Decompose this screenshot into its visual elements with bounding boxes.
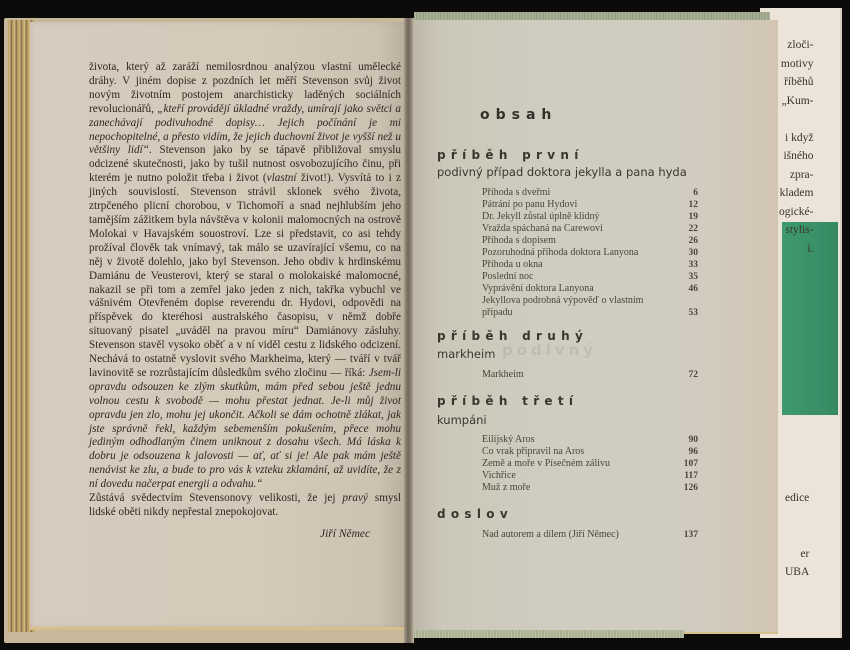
jacket-text-line: „Kum- [779,92,813,111]
open-book: zloči-motivyříběhů„Kum- i kdyžišnéhozpra… [0,0,850,650]
part-subtitle-3: kumpáni [437,413,487,427]
headband-top [414,12,770,20]
part-heading-2: příběh druhý [437,329,588,343]
show-through-text: podivný [502,341,597,359]
toc-list-part-1: Příhoda s dveřmi6 Pátrání po panu Hydovi… [482,187,698,319]
book-gutter [404,18,414,643]
part-subtitle-2: markheim [437,347,495,361]
toc-entry: Jekyllova podrobná výpověď o vlastním př… [482,295,698,319]
author-signature: Jiří Němec [320,528,370,540]
toc-entry: Nad autorem a dílem (Jiří Němec)137 [482,529,698,541]
toc-entry: Příhoda s dveřmi6 [482,187,698,199]
toc-entry: Pátrání po panu Hydovi12 [482,199,698,211]
right-page [414,20,778,634]
jacket-text-line: í. [779,240,813,259]
jacket-text-line: kladem [779,184,813,203]
part-subtitle-1: podivný případ doktora jekylla a pana hy… [437,165,687,179]
jacket-text-line: er [785,545,809,564]
jacket-text-line [785,526,809,545]
toc-entry: Vyprávění doktora Lanyona46 [482,283,698,295]
jacket-text-line [779,110,813,129]
jacket-text-top: zloči-motivyříběhů„Kum- i kdyžišnéhozpra… [779,36,813,258]
toc-entry: Země a moře v Písečném zálivu107 [482,458,698,470]
jacket-text-bottom: edice erUBA [785,489,809,582]
part-heading-4: doslov [437,507,513,521]
afterword-paragraph: Zůstává svědectvím Stevensonovy velikost… [89,492,401,520]
toc-entry: Muž z moře126 [482,482,698,494]
toc-entry: Co vrak připravil na Aros96 [482,446,698,458]
toc-entry: Poslední noc35 [482,271,698,283]
jacket-text-line: išného [779,147,813,166]
jacket-text-line: zpra- [779,166,813,185]
part-heading-3: příběh třetí [437,394,578,408]
jacket-text-line: říběhů [779,73,813,92]
contents-title: obsah [480,107,557,123]
jacket-text-line: ogické- [779,203,813,222]
toc-list-part-3: Eilijský Aros90 Co vrak připravil na Aro… [482,434,698,494]
jacket-text-line: zloči- [779,36,813,55]
jacket-text-line: motivy [779,55,813,74]
toc-list-part-4: Nad autorem a dílem (Jiří Němec)137 [482,529,698,541]
headband-bottom [414,630,684,638]
toc-list-part-2: Markheim72 [482,369,698,381]
jacket-text-line: stylis- [779,221,813,240]
toc-entry: Příhoda s dopisem26 [482,235,698,247]
toc-entry: Vražda spáchaná na Carewovi22 [482,223,698,235]
part-heading-1: příběh první [437,148,584,162]
toc-entry: Vichřice117 [482,470,698,482]
afterword-paragraph: života, který až zaráží nemilosrdnou ana… [89,61,401,492]
jacket-text-line: edice [785,489,809,508]
jacket-text-line: i když [779,129,813,148]
afterword-text: života, který až zaráží nemilosrdnou ana… [89,61,401,520]
toc-entry: Příhoda u okna33 [482,259,698,271]
jacket-text-line: UBA [785,563,809,582]
toc-entry: Pozoruhodná příhoda doktora Lanyona30 [482,247,698,259]
toc-entry: Eilijský Aros90 [482,434,698,446]
toc-entry: Markheim72 [482,369,698,381]
toc-entry: Dr. Jekyll zůstal úplně klidný19 [482,211,698,223]
jacket-text-line [785,508,809,527]
